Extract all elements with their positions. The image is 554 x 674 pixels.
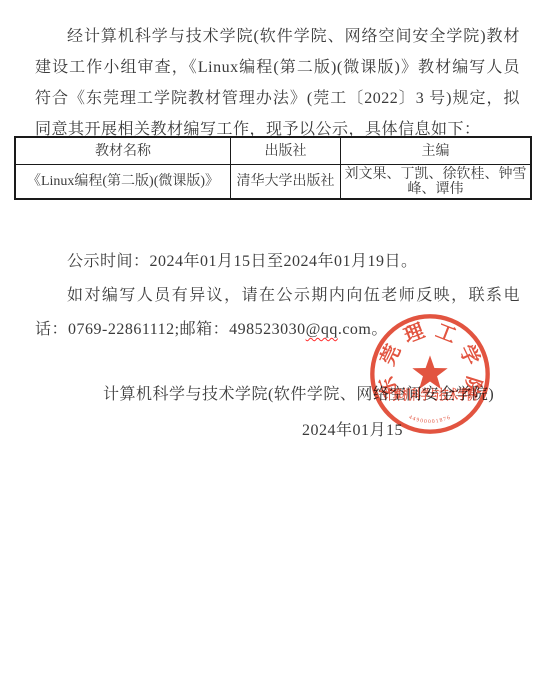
- textbook-table: 教材名称 出版社 主编 《Linux编程(第二版)(微课版)》 清华大学出版社 …: [14, 136, 532, 200]
- cell-chief-editors: 刘文果、丁凯、徐钦桂、钟雪峰、谭伟: [341, 165, 532, 200]
- seal-star-icon: [412, 355, 447, 389]
- signature-date: 2024年01月15: [302, 422, 403, 440]
- seal-serial-number: 44900001876: [408, 414, 453, 425]
- cell-textbook-name: 《Linux编程(第二版)(微课版)》: [15, 165, 231, 200]
- contact-text-before-email: 如对编写人员有异议，请在公示期内向伍老师反映，联系电话：0769-2286111…: [35, 287, 520, 338]
- contact-paragraph: 如对编写人员有异议，请在公示期内向伍老师反映，联系电话：0769-2286111…: [35, 279, 520, 347]
- document-page: 经计算机科学与技术学院(软件学院、网络空间安全学院)教材建设工作小组审查，《Li…: [0, 0, 554, 674]
- publicity-period-line: 公示时间：2024年01月15日至2024年01月19日。: [35, 245, 520, 279]
- email-spellcheck-squiggle: @qq: [306, 321, 338, 338]
- table-header-row: 教材名称 出版社 主编: [15, 137, 531, 165]
- contact-text-after-email: .com。: [338, 321, 388, 338]
- header-chief-editors: 主编: [341, 137, 532, 165]
- header-publisher: 出版社: [231, 137, 341, 165]
- signature-organization: 计算机科学与技术学院(软件学院、网络空间安全学院): [103, 386, 494, 404]
- header-textbook-name: 教材名称: [15, 137, 231, 165]
- intro-paragraph: 经计算机科学与技术学院(软件学院、网络空间安全学院)教材建设工作小组审查，《Li…: [35, 21, 520, 145]
- svg-text:44900001876: 44900001876: [408, 414, 453, 425]
- cell-publisher: 清华大学出版社: [231, 165, 341, 200]
- table-row: 《Linux编程(第二版)(微课版)》 清华大学出版社 刘文果、丁凯、徐钦桂、钟…: [15, 165, 531, 200]
